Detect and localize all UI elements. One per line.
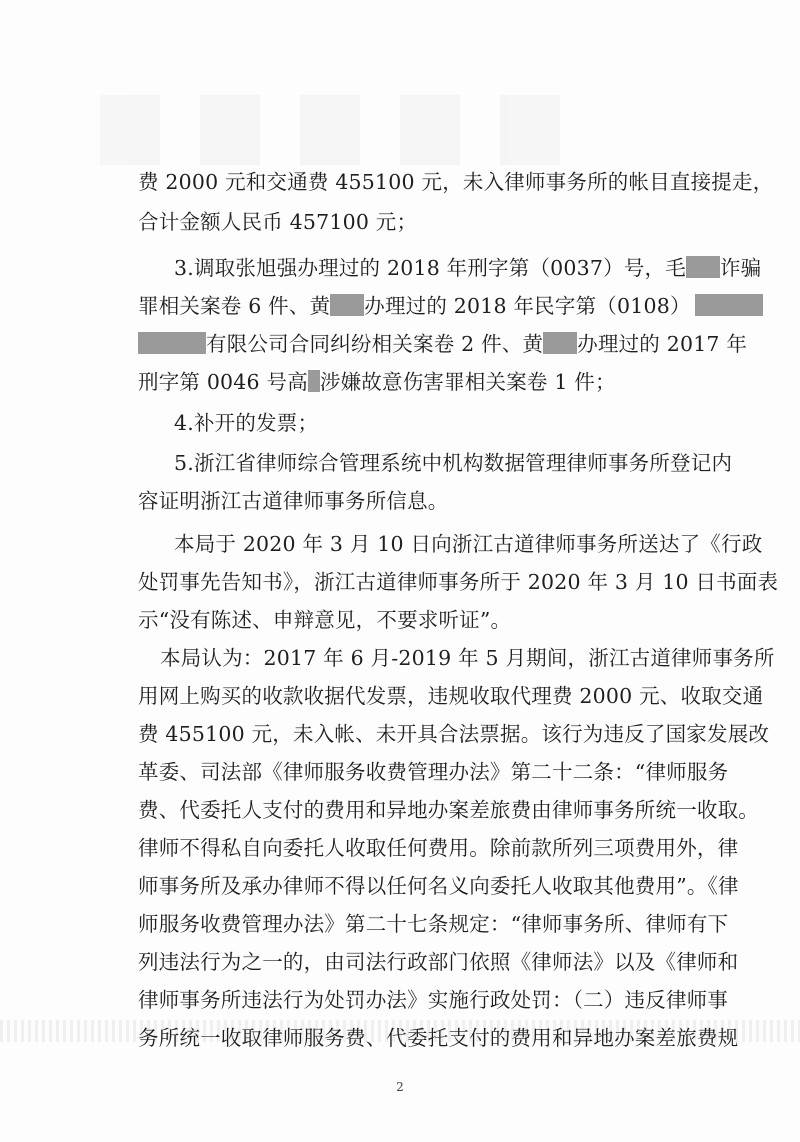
text-line: 容证明浙江古道律师事务所信息。 [138, 487, 449, 515]
text-line: 革委、司法部《律师服务收费管理办法》第二十二条：“律师服务 [138, 758, 728, 786]
text-line: 合计金额人民币 457100 元； [138, 208, 417, 236]
text-span: 刑字第 0046 号高 [138, 370, 308, 394]
text-line: 费 2000 元和交通费 455100 元，未入律师事务所的帐目直接提走， [138, 168, 773, 196]
text-line: 刑字第 0046 号高涉嫌故意伤害罪相关案卷 1 件； [138, 368, 616, 396]
text-line: 有限公司合同纠纷相关案卷 2 件、黄办理过的 2017 年 [138, 330, 747, 358]
text-span: 诈骗 [720, 256, 761, 280]
text-line: 列违法行为之一的，由司法行政部门依照《律师法》以及《律师和 [138, 948, 738, 976]
redaction-box [138, 332, 206, 354]
text-line: 师事务所及承办律师不得以任何名义向委托人收取其他费用”。《律 [138, 872, 739, 900]
text-line: 律师事务所违法行为处罚办法》实施行政处罚：（二）违反律师事 [138, 986, 728, 1014]
redaction-box [308, 370, 320, 392]
text-line: 用网上购买的收款收据代发票，违规收取代理费 2000 元、收取交通 [138, 682, 763, 710]
bleed-through-title [100, 95, 700, 175]
redaction-box [330, 294, 364, 316]
text-span: 有限公司合同纠纷相关案卷 2 件、黄 [206, 332, 543, 356]
list-item-5: 5.浙江省律师综合管理系统中机构数据管理律师事务所登记内 [174, 449, 732, 477]
text-line: 费 455100 元，未入帐、未开具合法票据。该行为违反了国家发展改 [138, 720, 769, 748]
redaction-box [686, 256, 720, 278]
text-line: 律师不得私自向委托人收取任何费用。除前款所列三项费用外，律 [138, 834, 738, 862]
page-number: 2 [0, 1080, 800, 1094]
paragraph-start: 本局认为：2017 年 6 月-2019 年 5 月期间，浙江古道律师事务所 [160, 644, 775, 672]
redaction-box [695, 294, 763, 316]
text-line: 师服务收费管理办法》第二十七条规定：“律师事务所、律师有下 [138, 910, 728, 938]
list-item-4: 4.补开的发票； [174, 409, 318, 437]
text-line: 费、代委托人支付的费用和异地办案差旅费由律师事务所统一收取。 [138, 796, 759, 824]
text-line: 罪相关案卷 6 件、黄办理过的 2018 年民字第（0108） [138, 292, 763, 320]
list-item-3: 3.调取张旭强办理过的 2018 年刑字第（0037）号，毛诈骗 [174, 254, 761, 282]
text-line: 处罚事先告知书》，浙江古道律师事务所于 2020 年 3 月 10 日书面表 [138, 568, 778, 596]
text-span: 3.调取张旭强办理过的 2018 年刑字第（0037）号，毛 [174, 256, 686, 280]
text-span: 办理过的 2018 年民字第（0108） [364, 294, 690, 318]
text-line: 示“没有陈述、申辩意见，不要求听证”。 [138, 606, 511, 634]
redaction-box [543, 332, 577, 354]
text-span: 罪相关案卷 6 件、黄 [138, 294, 330, 318]
text-span: 涉嫌故意伤害罪相关案卷 1 件； [320, 370, 616, 394]
paragraph-start: 本局于 2020 年 3 月 10 日向浙江古道律师事务所送达了《行政 [174, 530, 762, 558]
text-span: 办理过的 2017 年 [577, 332, 747, 356]
text-line: 务所统一收取律师服务费、代委托支付的费用和异地办案差旅费规 [138, 1024, 738, 1052]
